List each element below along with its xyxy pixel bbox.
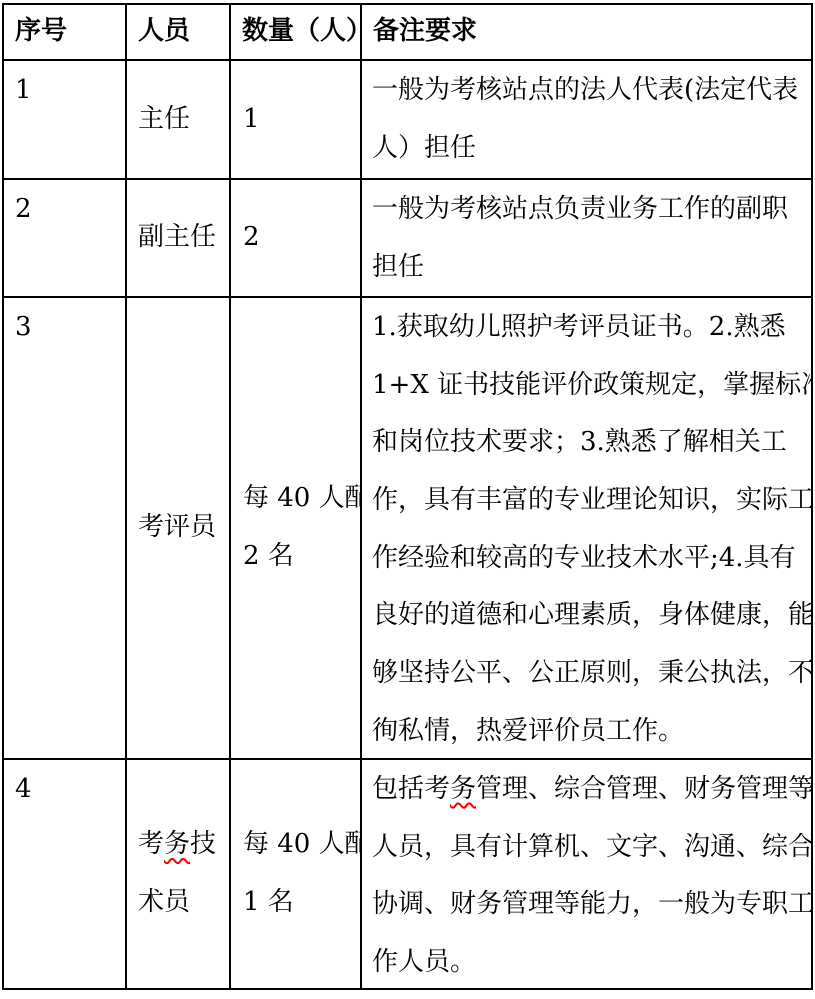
text-line: 徇私情，热爱评价员工作。 <box>372 703 809 760</box>
row3-role: 考评员 <box>127 298 231 760</box>
row4-remark-rest: 人员，具有计算机、文字、沟通、综合协调、财务管理等能力，一般为专职工作人员。 <box>372 819 809 988</box>
header-label-qty: 数量（人） <box>242 5 360 61</box>
text-line: 每 40 人配 <box>243 470 360 528</box>
header-cell-role: 人员 <box>127 5 231 61</box>
header-label-role: 人员 <box>138 5 190 61</box>
row2-qty: 2 <box>231 180 362 298</box>
row3-role-value: 考评员 <box>138 499 229 557</box>
text-line: 1 名 <box>243 874 360 932</box>
spellcheck-underline: 务 <box>164 829 190 859</box>
row2-no: 2 <box>4 180 127 298</box>
text-line: 人）担任 <box>372 120 809 178</box>
text-line: 担任 <box>372 239 809 297</box>
text-line: 作人员。 <box>372 934 809 988</box>
row4-role-line2: 术员 <box>138 874 229 932</box>
text-line: 2 名 <box>243 528 360 586</box>
row4-no-value: 4 <box>15 774 32 804</box>
text-line: 和岗位技术要求；3.熟悉了解相关工 <box>372 414 809 472</box>
text-line: 一般为考核站点的法人代表(法定代表 <box>372 62 809 120</box>
row4-role-line2-value: 术员 <box>138 887 190 917</box>
row1-no: 1 <box>4 61 127 180</box>
text-line: 作，具有丰富的专业理论知识，实际工 <box>372 472 809 530</box>
text-line: 作经验和较高的专业技术水平;4.具有 <box>372 530 809 588</box>
row1-remark: 一般为考核站点的法人代表(法定代表人）担任 <box>362 61 811 180</box>
row4-qty: 每 40 人配1 名 <box>231 760 362 988</box>
row4-no: 4 <box>4 760 127 988</box>
row4-role: 考务技 术员 <box>127 760 231 988</box>
text-line: 每 40 人配 <box>243 816 360 874</box>
text-line: 一般为考核站点负责业务工作的副职 <box>372 181 809 239</box>
spellcheck-underline: 务 <box>450 774 476 804</box>
row1-role-value: 主任 <box>138 91 229 149</box>
row4-remark-post: 管理、综合管理、财务管理等 <box>476 774 811 804</box>
row4-role-pre: 考 <box>138 829 164 859</box>
row2-role-value: 副主任 <box>138 209 229 267</box>
row4-remark-pre: 包括考 <box>372 774 450 804</box>
row1-no-value: 1 <box>15 75 32 105</box>
row1-role: 主任 <box>127 61 231 180</box>
text-line: 1.获取幼儿照护考评员证书。2.熟悉 <box>372 299 809 357</box>
row3-qty: 每 40 人配2 名 <box>231 298 362 760</box>
row4-role-line1: 考务技 <box>138 816 229 874</box>
personnel-requirements-table: 序号 人员 数量（人） 备注要求 1 主任 1 一般为考核站点的法人代表(法定代… <box>2 3 813 990</box>
row2-no-value: 2 <box>15 194 32 224</box>
row3-no-value: 3 <box>15 312 32 342</box>
row3-no: 3 <box>4 298 127 760</box>
row2-remark: 一般为考核站点负责业务工作的副职担任 <box>362 180 811 298</box>
row2-role: 副主任 <box>127 180 231 298</box>
header-label-no: 序号 <box>15 5 67 61</box>
row4-remark: 包括考务管理、综合管理、财务管理等 人员，具有计算机、文字、沟通、综合协调、财务… <box>362 760 811 988</box>
row4-role-post: 技 <box>190 829 216 859</box>
text-line: 人员，具有计算机、文字、沟通、综合 <box>372 819 809 877</box>
row1-qty: 1 <box>231 61 362 180</box>
row2-qty-value: 2 <box>243 209 360 267</box>
text-line: 够坚持公平、公正原则，秉公执法，不 <box>372 645 809 703</box>
text-line: 1+X 证书技能评价政策规定，掌握标准 <box>372 357 809 415</box>
text-line: 良好的道德和心理素质，身体健康，能 <box>372 587 809 645</box>
row3-remark: 1.获取幼儿照护考评员证书。2.熟悉1+X 证书技能评价政策规定，掌握标准和岗位… <box>362 298 811 760</box>
row1-qty-value: 1 <box>243 91 360 149</box>
row4-remark-line1: 包括考务管理、综合管理、财务管理等 <box>372 761 809 819</box>
header-cell-qty: 数量（人） <box>231 5 362 61</box>
text-line: 协调、财务管理等能力，一般为专职工 <box>372 876 809 934</box>
header-cell-no: 序号 <box>4 5 127 61</box>
header-label-remark: 备注要求 <box>373 5 477 61</box>
header-cell-remark: 备注要求 <box>362 5 811 61</box>
